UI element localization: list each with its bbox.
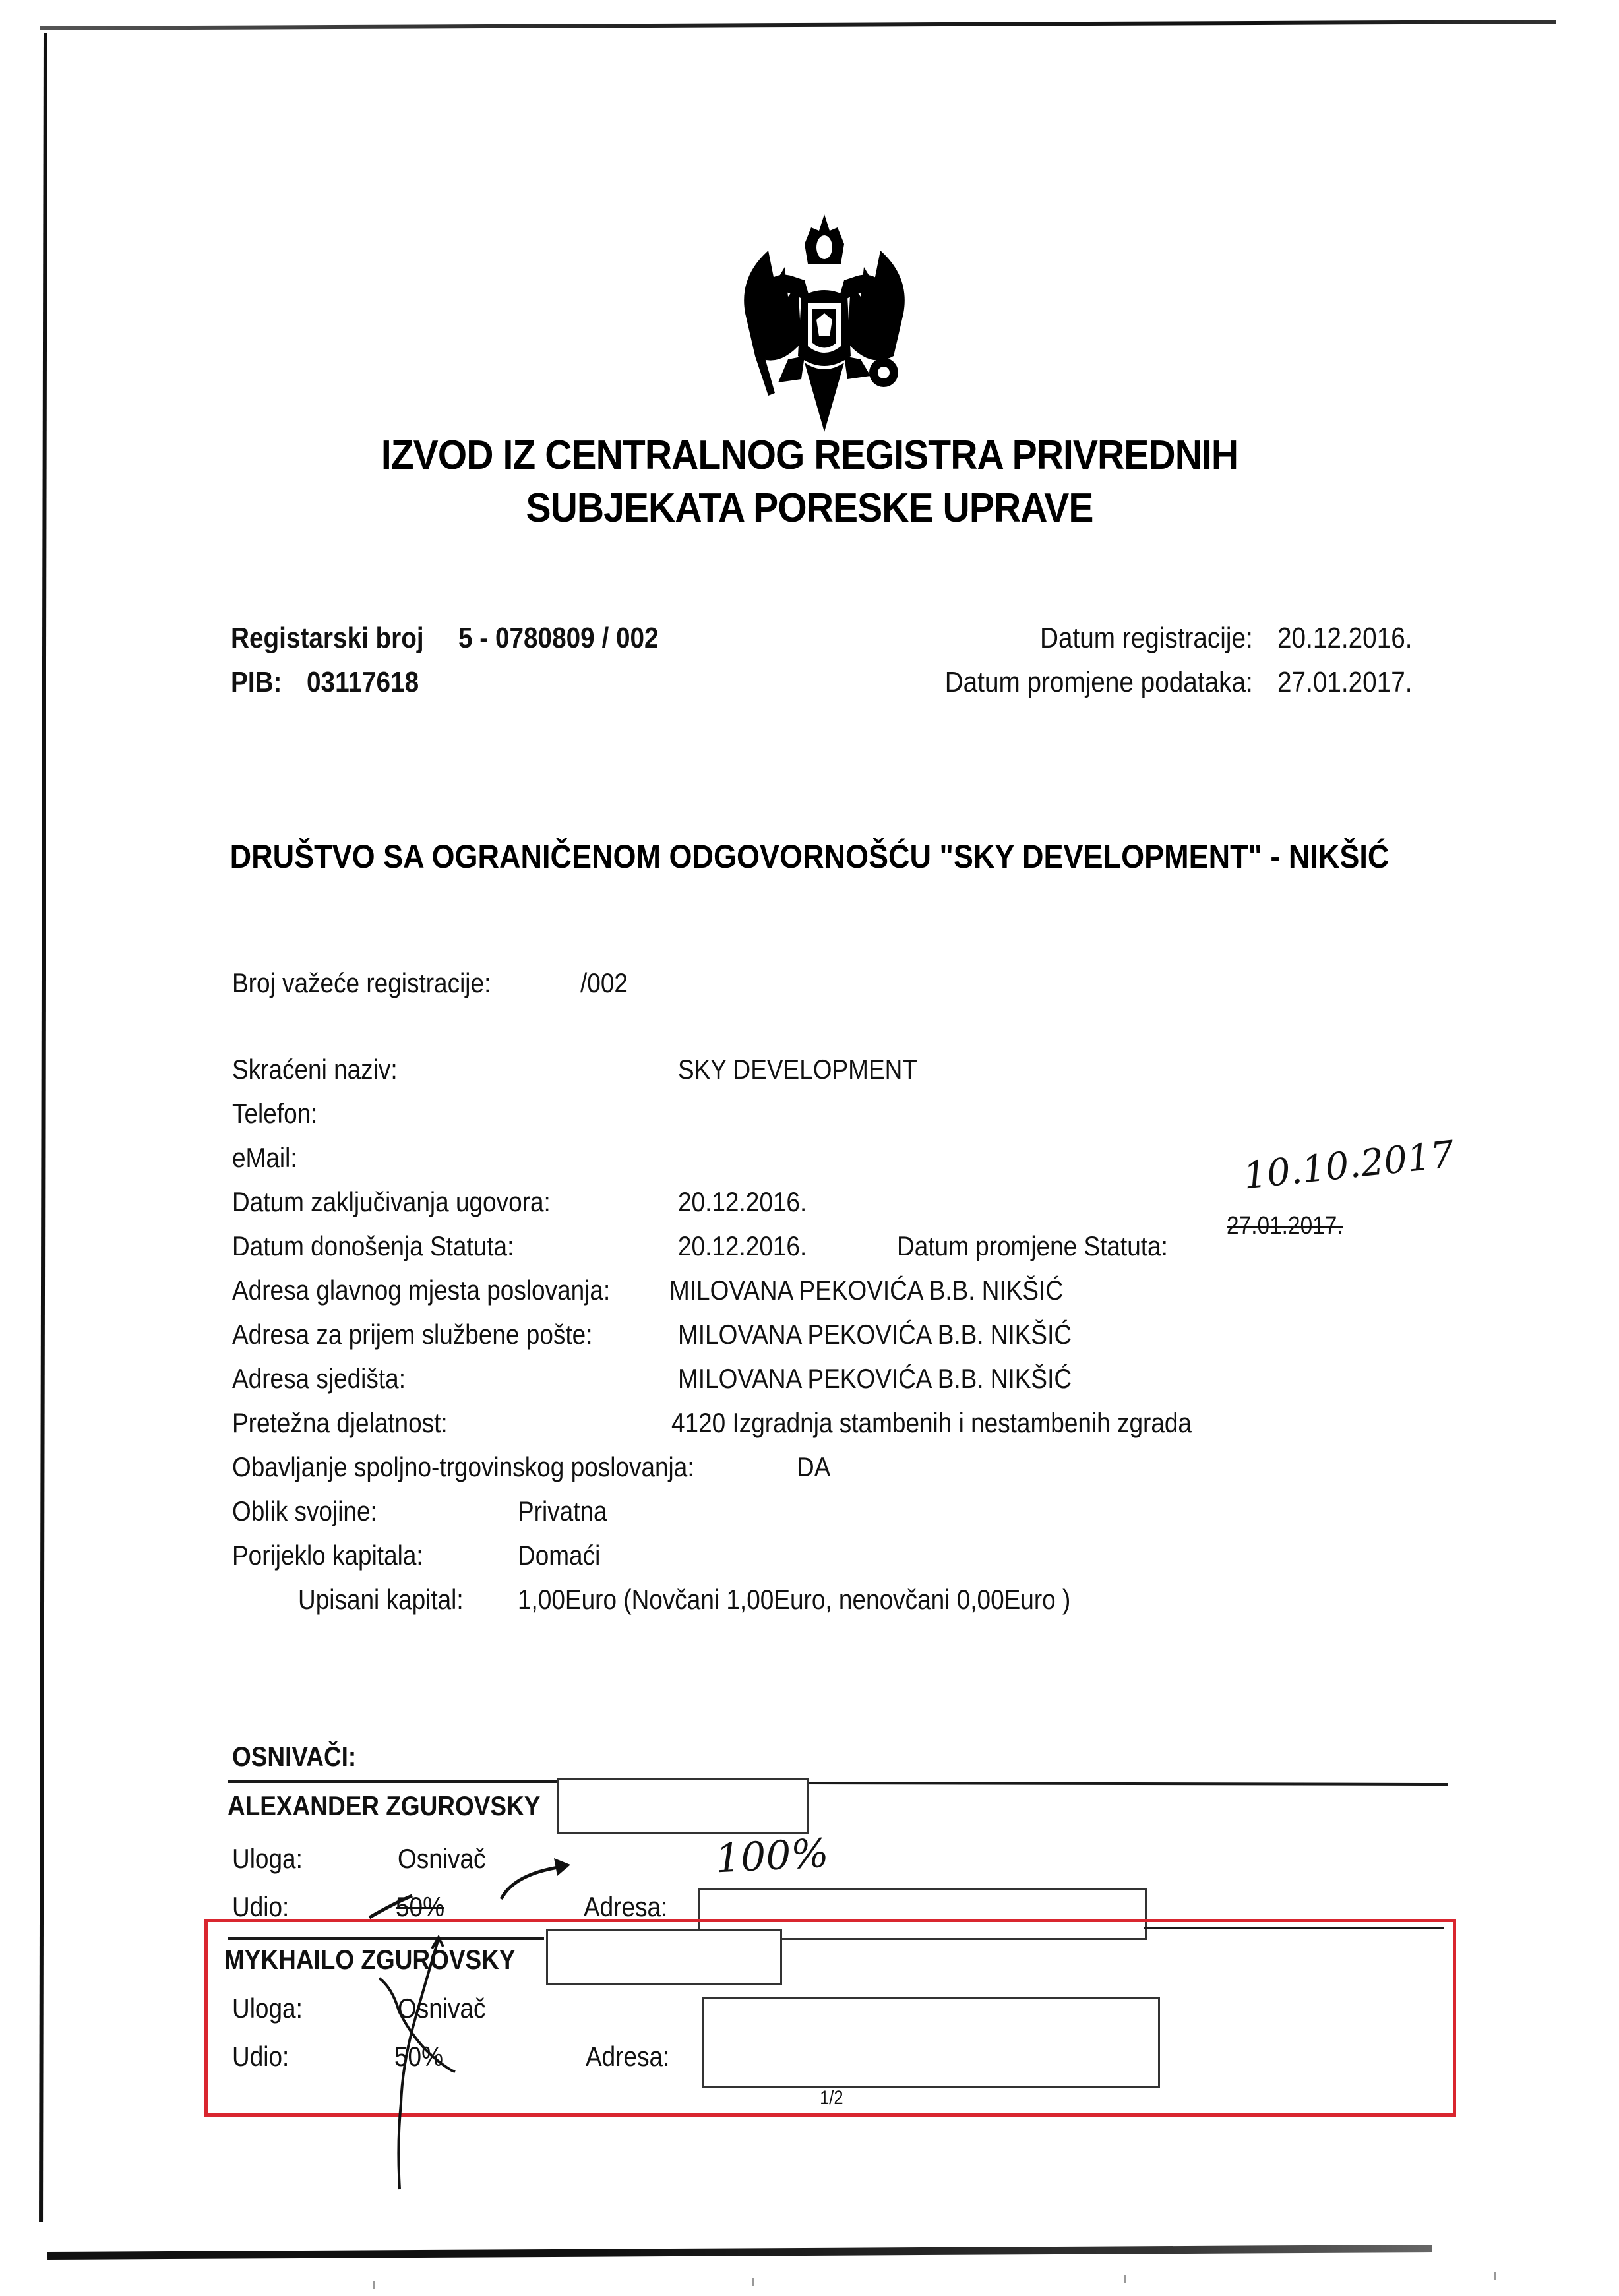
pib-label: PIB: xyxy=(231,666,282,699)
founders-heading: OSNIVAČI: xyxy=(232,1741,356,1772)
divider xyxy=(805,1782,1448,1786)
change-date-value: 27.01.2017. xyxy=(1277,666,1413,699)
seat-address-value: MILOVANA PEKOVIĆA B.B. NIKŠIĆ xyxy=(678,1363,1072,1395)
founder-address-label: Adresa: xyxy=(586,2041,669,2072)
scan-speck xyxy=(373,2281,375,2289)
short-name-label: Skraćeni naziv: xyxy=(232,1054,398,1085)
scan-speck xyxy=(1124,2275,1126,2283)
foreign-trade-label: Obavljanje spoljno-trgovinskog poslovanj… xyxy=(232,1451,694,1483)
capital-origin-label: Porijeklo kapitala: xyxy=(232,1540,423,1571)
foreign-trade-value: DA xyxy=(797,1451,830,1483)
reg-date-label: Datum registracije: xyxy=(1040,622,1253,655)
capital-label: Upisani kapital: xyxy=(298,1584,464,1616)
founder-share-label: Udio: xyxy=(232,2041,289,2072)
contract-date-label: Datum zaključivanja ugovora: xyxy=(232,1186,551,1218)
handwritten-share: 100% xyxy=(714,1830,830,1883)
contract-date-value: 20.12.2016. xyxy=(678,1186,807,1218)
founder-role-label: Uloga: xyxy=(232,1993,303,2024)
reg-number-label: Registarski broj xyxy=(231,622,424,655)
seat-address-label: Adresa sjedišta: xyxy=(232,1363,406,1395)
page-number: 1/2 xyxy=(820,2087,843,2109)
founder-address-label: Adresa: xyxy=(584,1891,667,1923)
founder-share-value-struck: 50% xyxy=(396,1891,444,1923)
short-name-value: SKY DEVELOPMENT xyxy=(678,1054,917,1085)
main-address-label: Adresa glavnog mjesta poslovanja: xyxy=(232,1275,610,1306)
pib-value: 03117618 xyxy=(307,666,419,699)
montenegro-coat-of-arms-icon xyxy=(725,198,923,435)
document-title-line1: IZVOD IZ CENTRALNOG REGISTRA PRIVREDNIH xyxy=(65,432,1554,479)
founder-name: ALEXANDER ZGUROVSKY xyxy=(228,1790,540,1822)
ownership-value: Privatna xyxy=(518,1495,607,1527)
handwritten-cross-out-icon xyxy=(356,1932,514,2196)
statute-change-value-struck: 27.01.2017. xyxy=(1227,1212,1343,1240)
redacted-field xyxy=(557,1778,809,1834)
valid-registration-label: Broj važeće registracije: xyxy=(232,967,491,999)
activity-value: 4120 Izgradnja stambenih i nestambenih z… xyxy=(671,1407,1192,1439)
company-full-name: DRUŠTVO SA OGRANIČENOM ODGOVORNOŠĆU "SKY… xyxy=(81,837,1539,876)
divider xyxy=(228,1780,557,1783)
mail-address-label: Adresa za prijem službene pošte: xyxy=(232,1319,592,1350)
scan-speck xyxy=(752,2278,754,2286)
redacted-field xyxy=(546,1929,782,1985)
email-label: eMail: xyxy=(232,1142,297,1174)
redacted-address xyxy=(702,1997,1160,2088)
scan-edge-top xyxy=(40,20,1556,30)
reg-date-value: 20.12.2016. xyxy=(1277,622,1413,655)
founder-share-label: Udio: xyxy=(232,1891,289,1923)
activity-label: Pretežna djelatnost: xyxy=(232,1407,448,1439)
statute-change-label: Datum promjene Statuta: xyxy=(897,1230,1168,1262)
scan-edge-left xyxy=(39,33,47,2222)
reg-number-value: 5 - 0780809 / 002 xyxy=(458,622,659,655)
valid-registration-value: /002 xyxy=(580,967,628,999)
scan-speck xyxy=(1494,2272,1496,2280)
scan-edge-bottom xyxy=(47,2245,1432,2260)
phone-label: Telefon: xyxy=(232,1098,317,1130)
divider xyxy=(1144,1927,1444,1929)
document-title-line2: SUBJEKATA PORESKE UPRAVE xyxy=(65,485,1554,531)
mail-address-value: MILOVANA PEKOVIĆA B.B. NIKŠIĆ xyxy=(678,1319,1072,1350)
statute-date-label: Datum donošenja Statuta: xyxy=(232,1230,514,1262)
ownership-label: Oblik svojine: xyxy=(232,1495,377,1527)
capital-value: 1,00Euro (Novčani 1,00Euro, nenovčani 0,… xyxy=(518,1584,1070,1616)
main-address-value: MILOVANA PEKOVIĆA B.B. NIKŠIĆ xyxy=(669,1275,1063,1306)
statute-date-value: 20.12.2016. xyxy=(678,1230,807,1262)
handwritten-statute-date: 10.10.2017 xyxy=(1241,1133,1456,1197)
change-date-label: Datum promjene podataka: xyxy=(945,666,1253,699)
capital-origin-value: Domaći xyxy=(518,1540,600,1571)
